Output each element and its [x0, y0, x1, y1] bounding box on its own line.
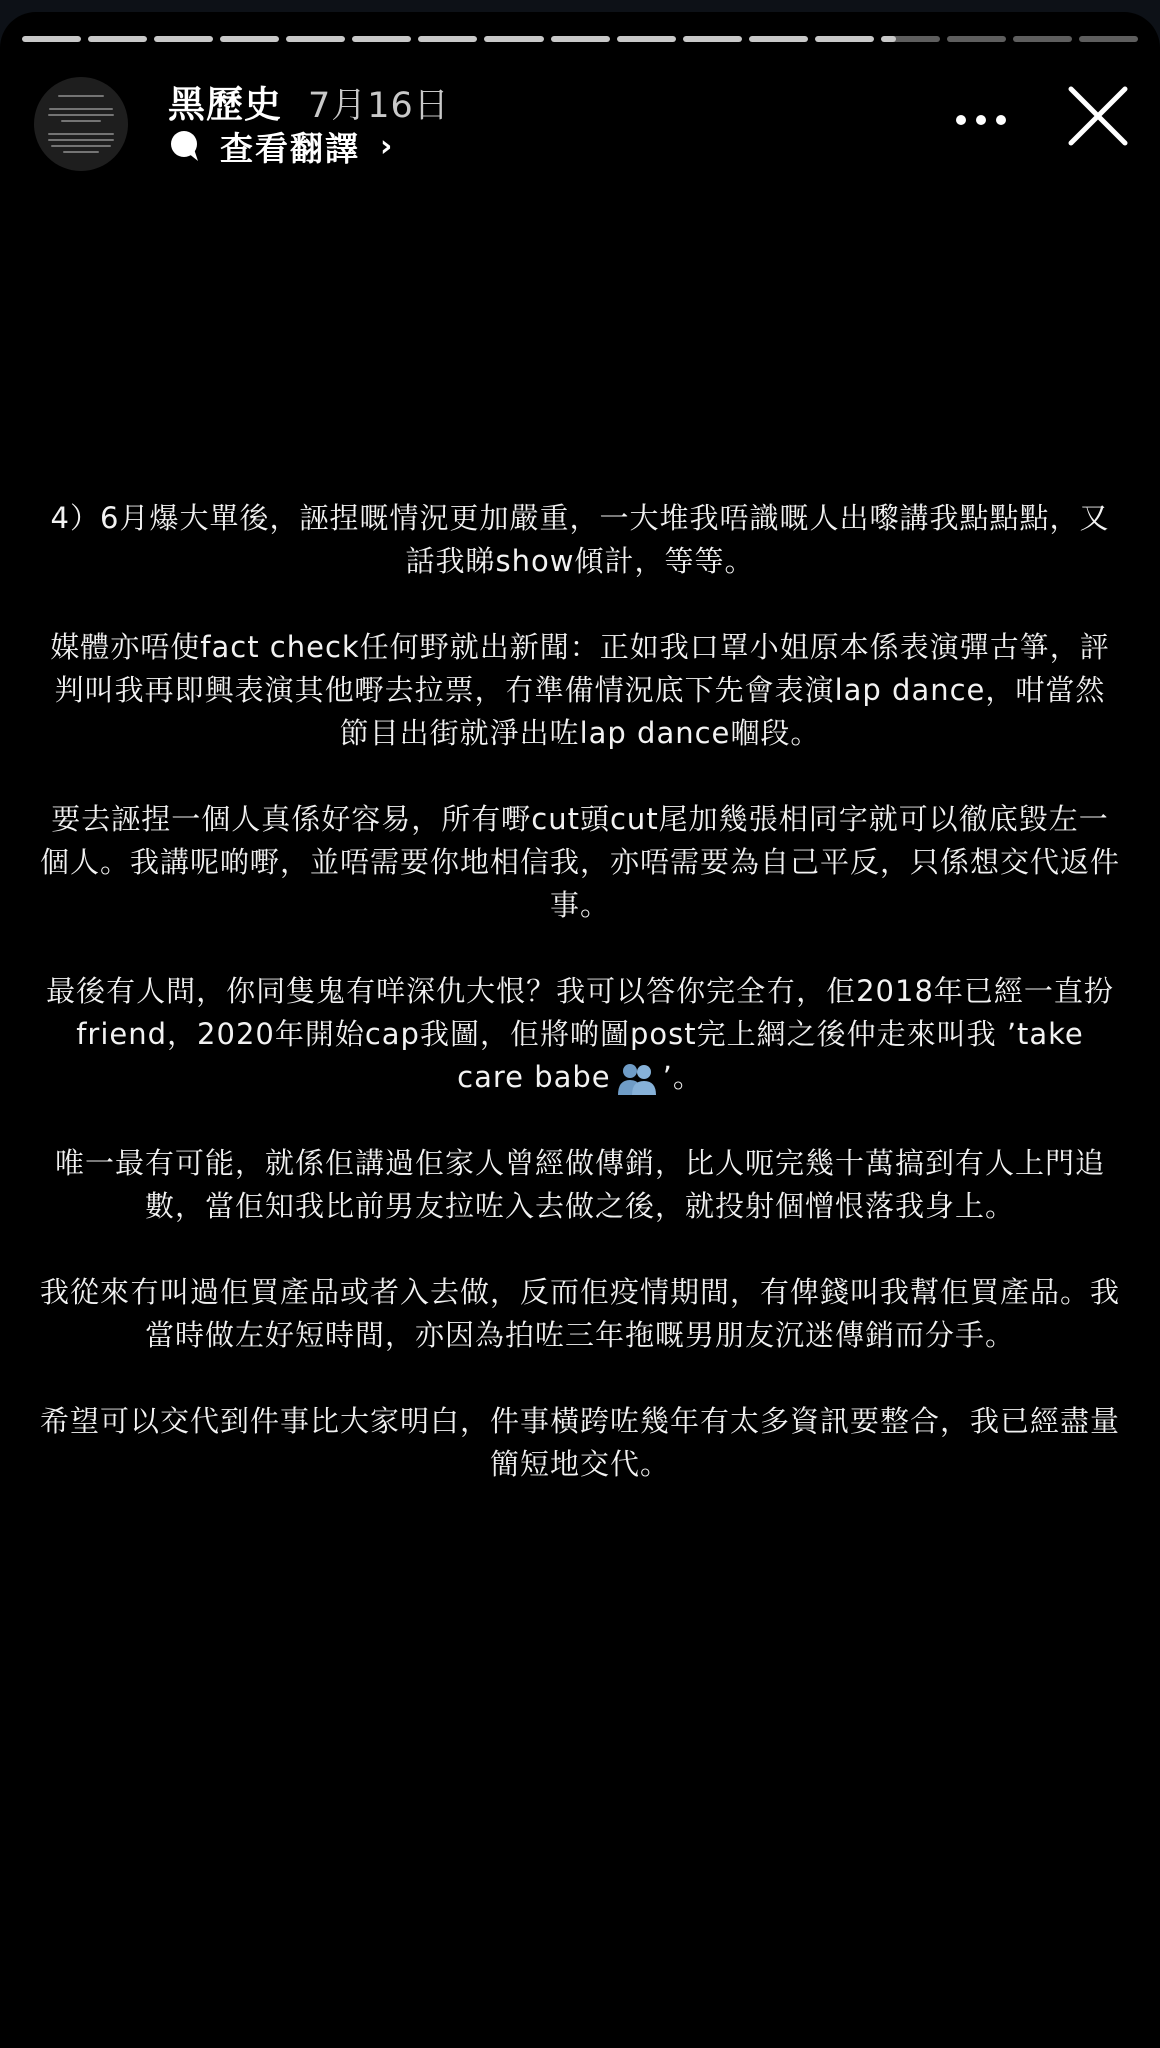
progress-segment	[815, 36, 874, 42]
progress-fill	[88, 36, 147, 42]
see-translation-label: 查看翻譯	[220, 123, 360, 170]
close-button[interactable]	[1068, 86, 1128, 146]
paragraph-6: 我從來冇叫過佢買產品或者入去做，反而佢疫情期間，有俾錢叫我幫佢買產品。我當時做左…	[30, 1271, 1130, 1357]
paragraph-4: 最後有人問，你同隻鬼有咩深仇大恨？我可以答你完全冇，佢2018年已經一直扮fri…	[30, 970, 1130, 1099]
avatar-text-line	[48, 139, 114, 141]
story-progress-bar	[22, 36, 1138, 42]
see-translation-button[interactable]: 查看翻譯 ›	[168, 124, 450, 168]
paragraph-3: 要去誣捏一個人真係好容易，所有嘢cut頭cut尾加幾張相同字就可以徹底毀左一個人…	[30, 798, 1130, 927]
progress-segment	[352, 36, 411, 42]
progress-fill	[551, 36, 610, 42]
avatar-text-line	[48, 114, 114, 116]
story-text-content: 4）6月爆大單後，誣捏嘅情況更加嚴重，一大堆我唔識嘅人出嚟講我點點點，又話我睇s…	[30, 497, 1130, 1529]
avatar-text-line	[48, 133, 114, 135]
paragraph-5: 唯一最有可能，就係佢講過佢家人曾經做傳銷，比人呃完幾十萬搞到有人上門追數，當佢知…	[30, 1142, 1130, 1228]
progress-segment	[88, 36, 147, 42]
username[interactable]: 黑歷史	[168, 74, 282, 128]
progress-segment	[154, 36, 213, 42]
avatar-text-line	[58, 95, 104, 97]
progress-fill	[286, 36, 345, 42]
paragraph-7: 希望可以交代到件事比大家明白，件事橫跨咗幾年有太多資訊要整合，我已經盡量簡短地交…	[30, 1400, 1130, 1486]
busts-in-silhouette-icon	[615, 1061, 659, 1097]
progress-segment	[551, 36, 610, 42]
close-icon	[1068, 86, 1128, 146]
progress-segment	[1013, 36, 1072, 42]
paragraph-4-ending: ’。	[663, 1060, 703, 1094]
progress-segment	[683, 36, 742, 42]
paragraph-4-text: 最後有人問，你同隻鬼有咩深仇大恨？我可以答你完全冇，佢2018年已經一直扮fri…	[46, 974, 1114, 1094]
more-dot-icon	[976, 115, 986, 125]
chevron-right-icon: ›	[380, 129, 392, 164]
progress-fill	[22, 36, 81, 42]
progress-fill	[617, 36, 676, 42]
post-date: 7月16日	[308, 78, 450, 128]
progress-segment	[22, 36, 81, 42]
progress-segment	[947, 36, 1006, 42]
progress-segment	[1079, 36, 1138, 42]
progress-segment	[220, 36, 279, 42]
more-dot-icon	[956, 115, 966, 125]
avatar[interactable]	[34, 77, 128, 171]
progress-segment	[749, 36, 808, 42]
paragraph-1: 4）6月爆大單後，誣捏嘅情況更加嚴重，一大堆我唔識嘅人出嚟講我點點點，又話我睇s…	[30, 497, 1130, 583]
user-info: 黑歷史 7月16日 查看翻譯 ›	[168, 74, 450, 168]
progress-fill	[815, 36, 874, 42]
avatar-text-line	[61, 120, 101, 122]
progress-fill	[683, 36, 742, 42]
avatar-text-line	[63, 151, 99, 153]
progress-fill	[418, 36, 477, 42]
progress-segment	[881, 36, 940, 42]
progress-fill	[220, 36, 279, 42]
more-options-button[interactable]	[956, 108, 1006, 132]
progress-segment	[418, 36, 477, 42]
paragraph-2: 媒體亦唔使fact check任何野就出新聞：正如我口罩小姐原本係表演彈古箏，評…	[30, 626, 1130, 755]
story-header: 黑歷史 7月16日 查看翻譯 ›	[34, 66, 1130, 166]
avatar-text-line	[51, 145, 111, 147]
speech-bubble-icon	[168, 129, 202, 163]
progress-fill	[749, 36, 808, 42]
progress-fill	[154, 36, 213, 42]
progress-segment	[484, 36, 543, 42]
story-viewer[interactable]: 黑歷史 7月16日 查看翻譯 ›	[0, 12, 1160, 2048]
progress-segment	[617, 36, 676, 42]
progress-fill	[352, 36, 411, 42]
progress-fill	[484, 36, 543, 42]
avatar-text-line	[49, 108, 113, 110]
more-dot-icon	[996, 115, 1006, 125]
progress-segment	[286, 36, 345, 42]
progress-fill	[881, 36, 896, 42]
